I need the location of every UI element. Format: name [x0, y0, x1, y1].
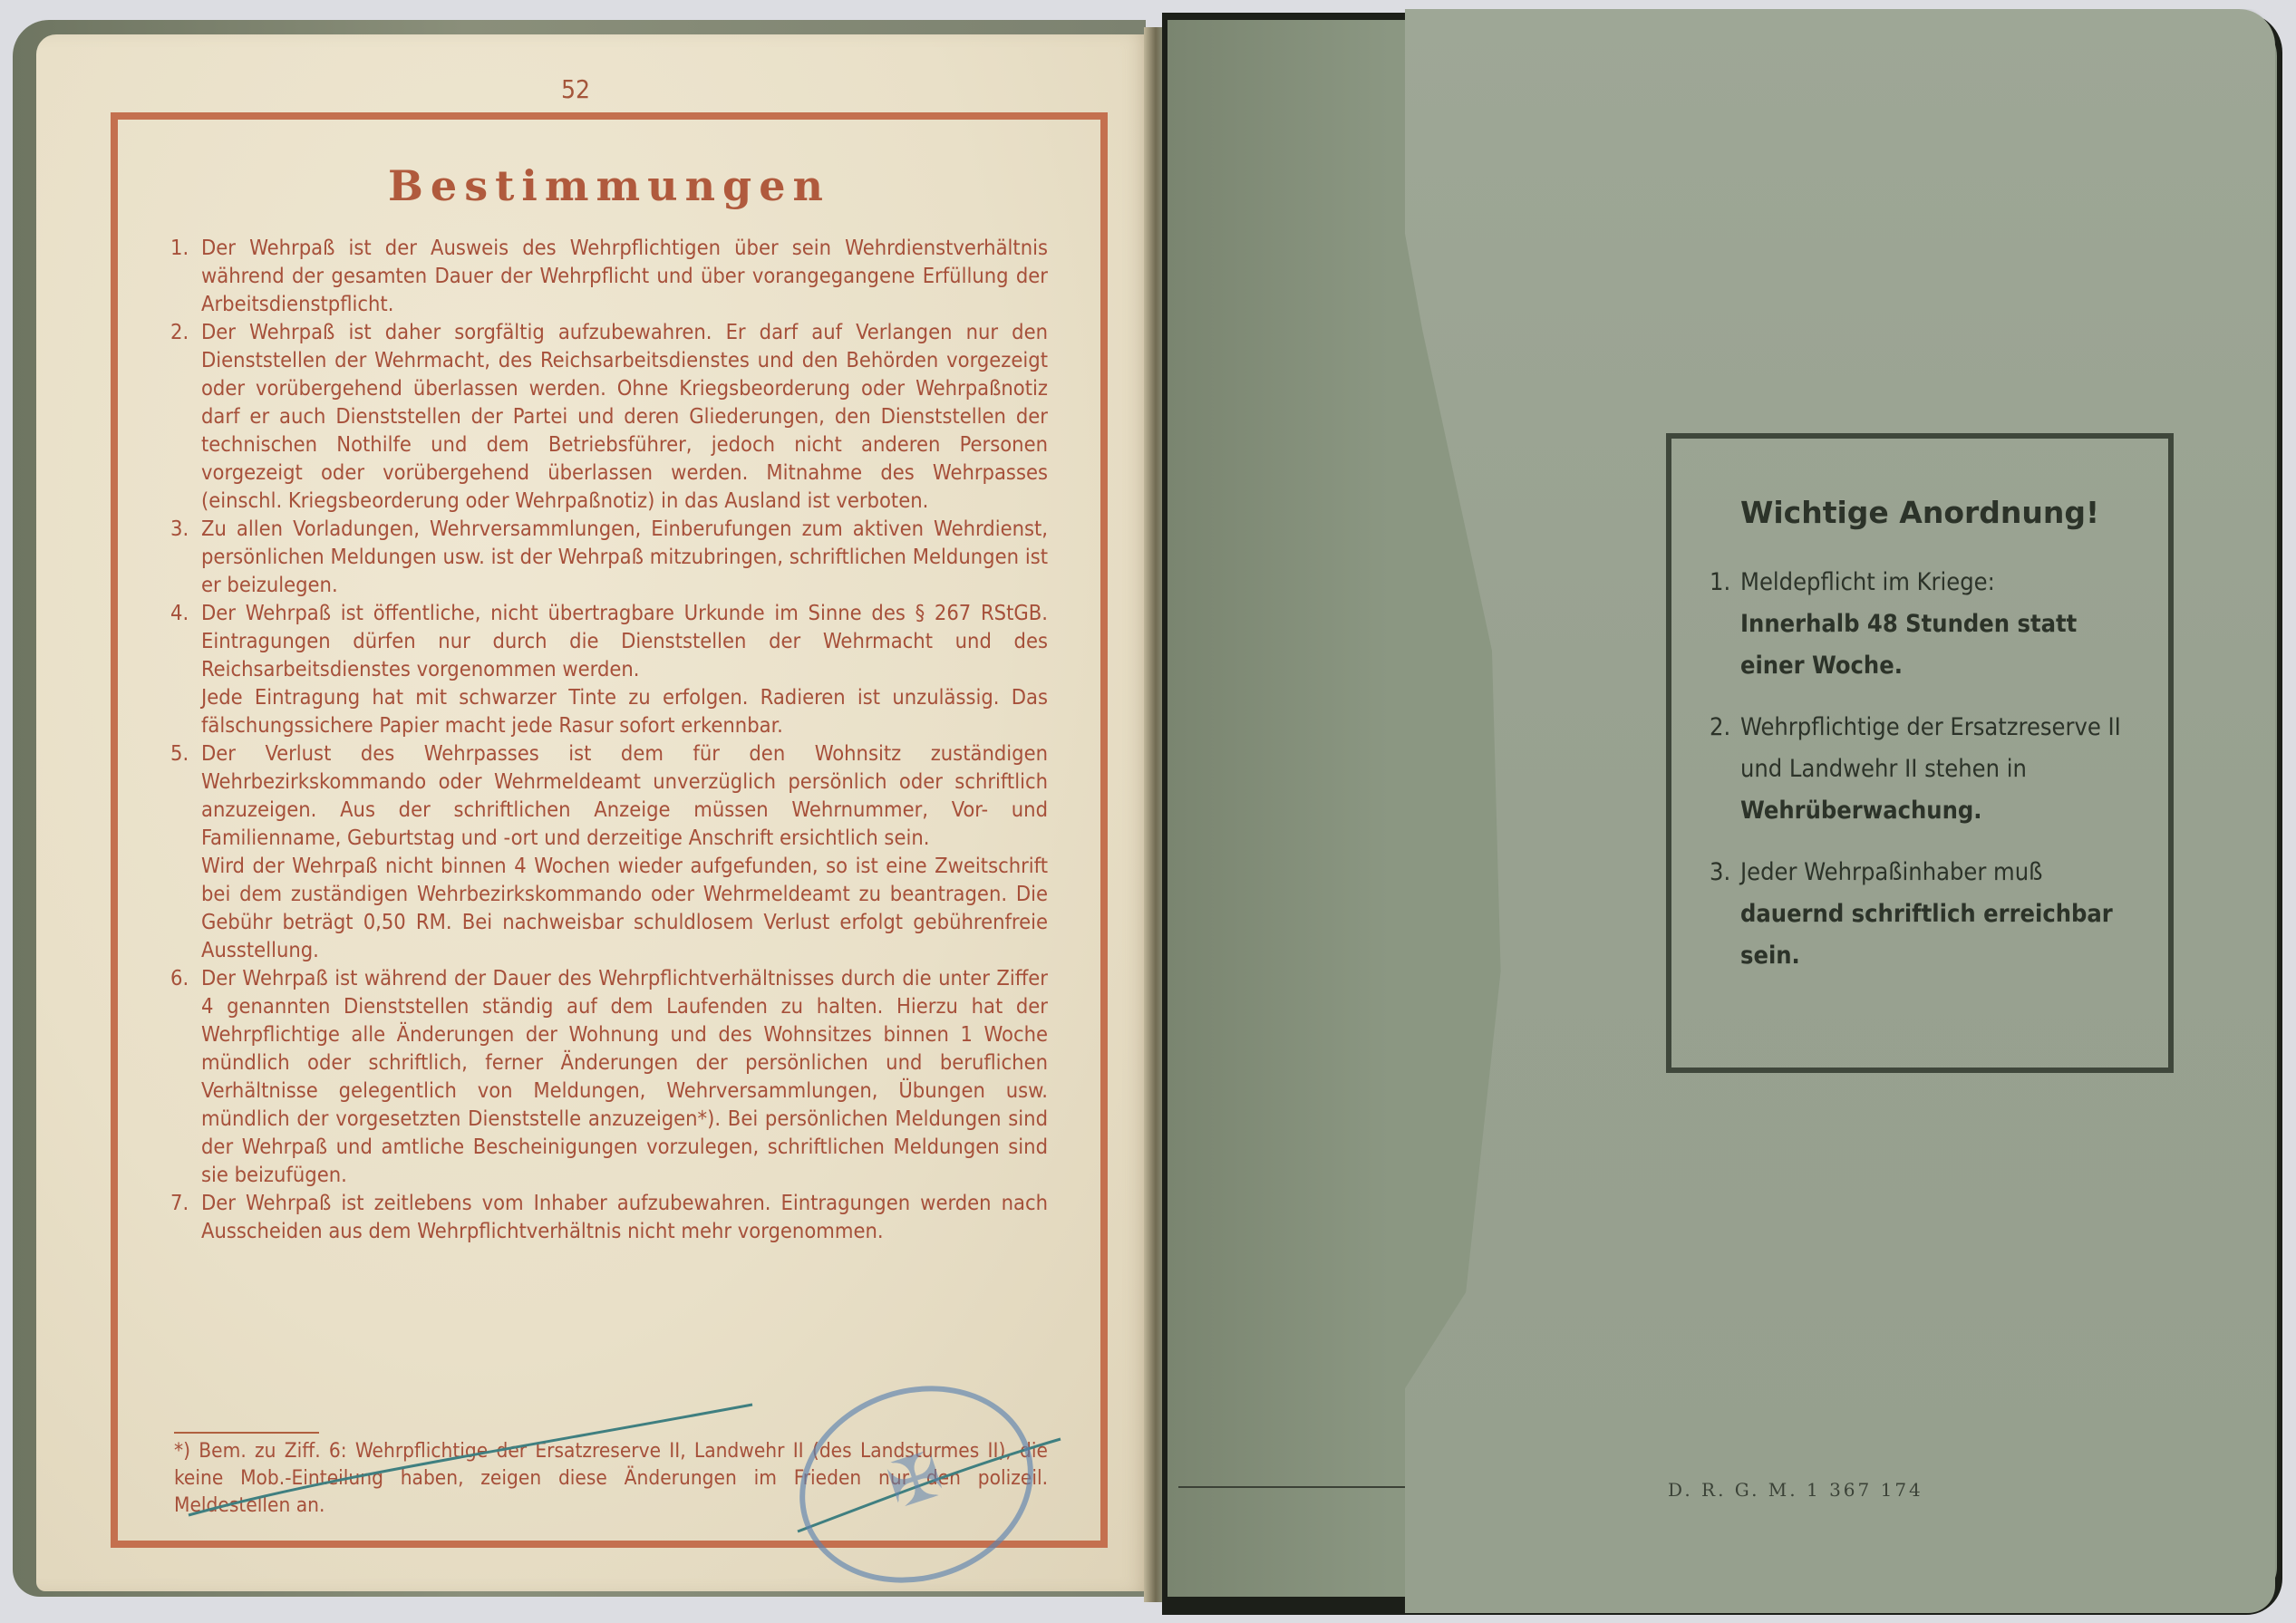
rule-number: 5. [170, 739, 201, 964]
rule-number: 1. [170, 234, 201, 318]
rule-text: Der Wehrpaß ist öffentliche, nicht übert… [201, 599, 1048, 739]
notice-item: 3.Jeder Wehrpaßinhaber mußdauernd schrif… [1710, 852, 2136, 977]
rules-list: 1.Der Wehrpaß ist der Ausweis des Wehrpf… [170, 234, 1048, 1245]
notice-item: 1.Meldepflicht im Kriege:Innerhalb 48 St… [1710, 562, 2136, 687]
rule-text: Der Wehrpaß ist zeitlebens vom Inhaber a… [201, 1189, 1048, 1245]
rule-item: 3.Zu allen Vorladungen, Wehrversammlunge… [170, 515, 1048, 599]
rule-text: Der Wehrpaß ist der Ausweis des Wehrpfli… [201, 234, 1048, 318]
eagle-emblem-icon: ✠ [855, 1425, 974, 1534]
rule-item: 1.Der Wehrpaß ist der Ausweis des Wehrpf… [170, 234, 1048, 318]
notice-items: 1.Meldepflicht im Kriege:Innerhalb 48 St… [1710, 562, 2136, 997]
footnote-divider [174, 1432, 319, 1434]
page-number: 52 [0, 74, 1151, 104]
rule-item: 6.Der Wehrpaß ist während der Dauer des … [170, 964, 1048, 1189]
notice-title: Wichtige Anordnung! [1666, 495, 2174, 530]
rule-item: 2.Der Wehrpaß ist daher sorgfältig aufzu… [170, 318, 1048, 515]
pocket-fold-line [1178, 1486, 1405, 1488]
rule-text: Der Wehrpaß ist daher sorgfältig aufzube… [201, 318, 1048, 515]
notice-number: 1. [1710, 562, 1740, 687]
rule-text: Der Verlust des Wehrpasses ist dem für d… [201, 739, 1048, 964]
rule-item: 4.Der Wehrpaß ist öffentliche, nicht übe… [170, 599, 1048, 739]
patent-mark: D. R. G. M. 1 367 174 [1668, 1479, 1923, 1501]
rule-number: 4. [170, 599, 201, 739]
rule-number: 6. [170, 964, 201, 1189]
rule-number: 7. [170, 1189, 201, 1245]
rule-number: 3. [170, 515, 201, 599]
rule-text: Der Wehrpaß ist während der Dauer des We… [201, 964, 1048, 1189]
notice-item: 2.Wehrpflichtige der Ersatzreserve II un… [1710, 707, 2136, 832]
rule-number: 2. [170, 318, 201, 515]
rule-item: 7.Der Wehrpaß ist zeitlebens vom Inhaber… [170, 1189, 1048, 1245]
rule-item: 5.Der Verlust des Wehrpasses ist dem für… [170, 739, 1048, 964]
rule-text: Zu allen Vorladungen, Wehrversammlungen,… [201, 515, 1048, 599]
notice-number: 3. [1710, 852, 1740, 977]
notice-text: Jeder Wehrpaßinhaber mußdauernd schriftl… [1740, 852, 2136, 977]
notice-number: 2. [1710, 707, 1740, 832]
page-title: Bestimmungen [111, 161, 1108, 210]
notice-text: Meldepflicht im Kriege:Innerhalb 48 Stun… [1740, 562, 2136, 687]
notice-text: Wehrpflichtige der Ersatzreserve II und … [1740, 707, 2136, 832]
